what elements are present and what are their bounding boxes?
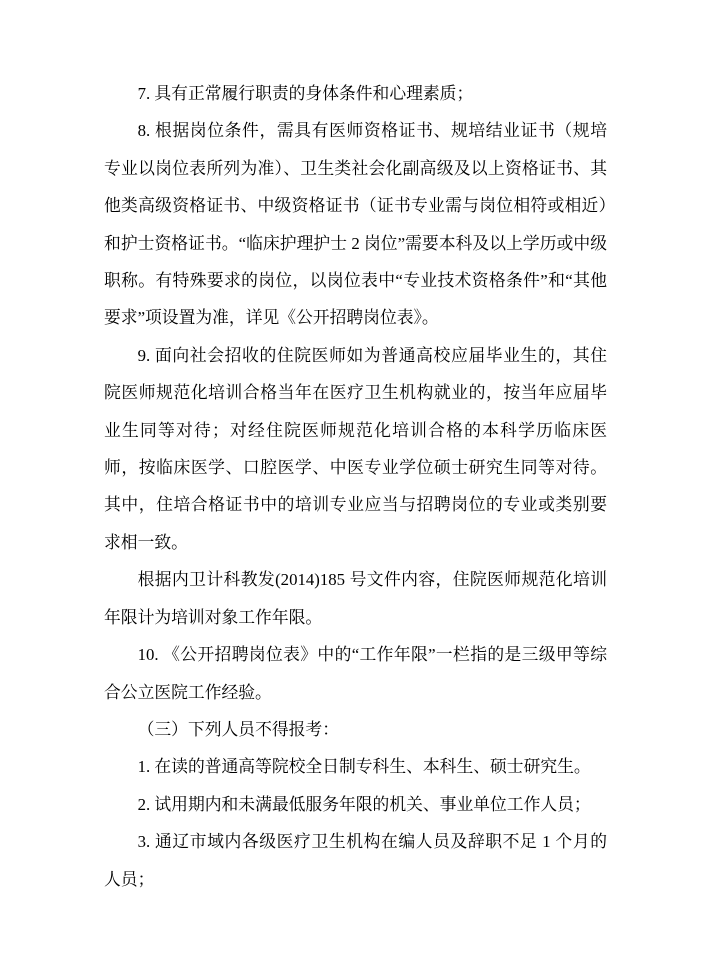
document-body: 7. 具有正常履行职责的身体条件和心理素质；8. 根据岗位条件，需具有医师资格证… (104, 75, 607, 898)
document-paragraph: 3. 通辽市域内各级医疗卫生机构在编人员及辞职不足 1 个月的人员； (104, 823, 607, 898)
document-paragraph: 8. 根据岗位条件，需具有医师资格证书、规培结业证书（规培专业以岗位表所列为准）… (104, 112, 607, 336)
document-page: 7. 具有正常履行职责的身体条件和心理素质；8. 根据岗位条件，需具有医师资格证… (0, 0, 707, 969)
document-paragraph: 9. 面向社会招收的住院医师如为普通高校应届毕业生的，其住院医师规范化培训合格当… (104, 337, 607, 561)
document-paragraph: 10. 《公开招聘岗位表》中的“工作年限”一栏指的是三级甲等综合公立医院工作经验… (104, 636, 607, 711)
document-paragraph: （三）下列人员不得报考： (104, 711, 607, 748)
document-paragraph: 1. 在读的普通高等院校全日制专科生、本科生、硕士研究生。 (104, 748, 607, 785)
document-paragraph: 2. 试用期内和未满最低服务年限的机关、事业单位工作人员； (104, 786, 607, 823)
document-paragraph: 根据内卫计科教发(2014)185 号文件内容，住院医师规范化培训年限计为培训对… (104, 561, 607, 636)
document-paragraph: 7. 具有正常履行职责的身体条件和心理素质； (104, 75, 607, 112)
